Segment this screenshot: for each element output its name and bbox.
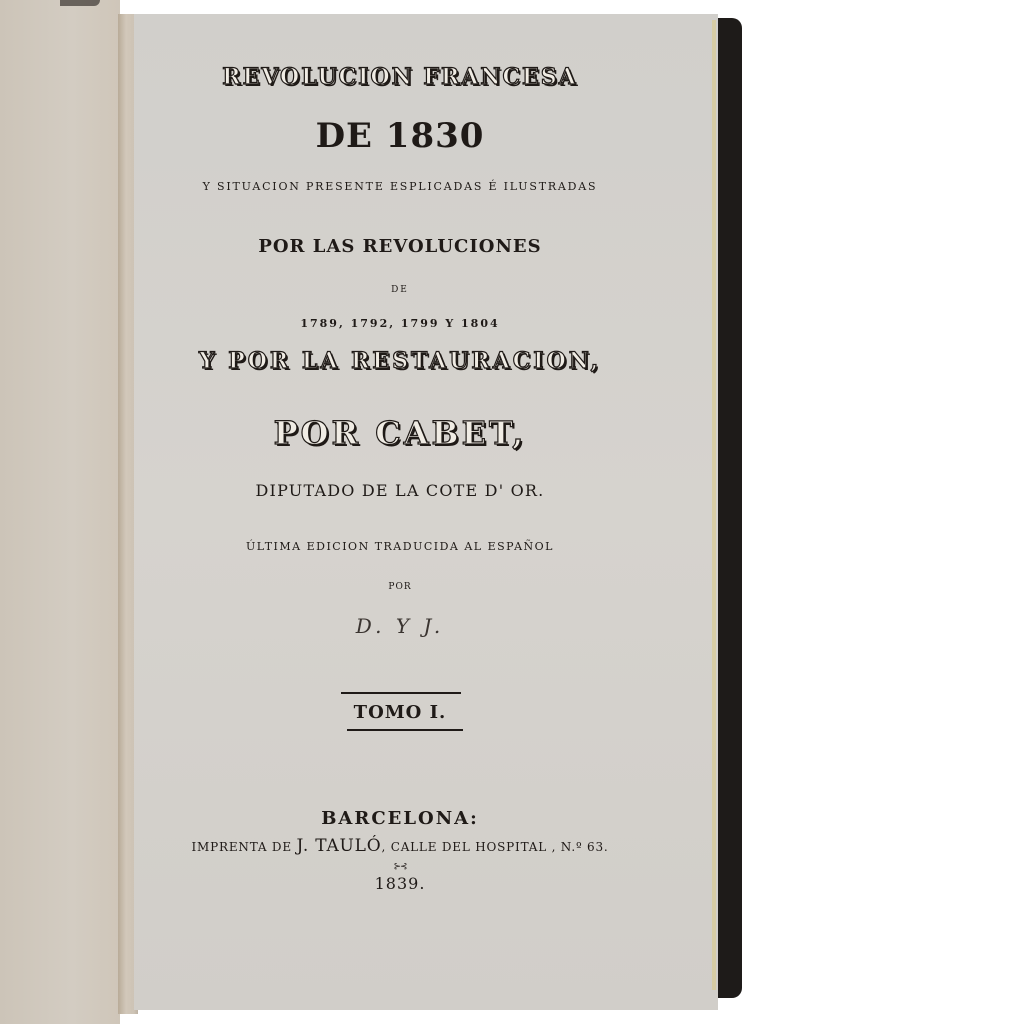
restoration-line: Y POR LA RESTAURACION, (134, 348, 666, 374)
rule-below-volume (347, 729, 463, 731)
revolution-years: 1789, 1792, 1799 Y 1804 (134, 317, 666, 330)
printer-name: J. TAULÓ (297, 836, 382, 856)
volume-label: TOMO I. (134, 702, 666, 723)
page-gilt-edge (712, 20, 716, 990)
by-revolutions: POR LAS REVOLUCIONES (134, 236, 666, 257)
title-line-1: REVOLUCION FRANCESA (134, 64, 666, 90)
imprint-prefix: IMPRENTA DE (192, 840, 297, 854)
translators: D. Y J. (134, 614, 666, 638)
de-label: DE (134, 285, 666, 295)
edition-note: ÚLTIMA EDICION TRADUCIDA AL ESPAÑOL (134, 540, 666, 553)
rule-above-volume (341, 692, 461, 694)
title-line-2: DE 1830 (134, 116, 666, 156)
publication-year: 1839. (134, 874, 666, 893)
author: POR CABET, (134, 414, 666, 452)
title-page (134, 14, 718, 1010)
page-curl-shadow (60, 0, 100, 6)
left-page (0, 0, 120, 1024)
subtitle: Y SITUACION PRESENTE ESPLICADAS É ILUSTR… (134, 180, 666, 193)
por-label: POR (134, 582, 666, 592)
ornament-icon: ⊱⊰ (134, 862, 666, 872)
author-role: DIPUTADO DE LA COTE D' OR. (134, 481, 666, 500)
imprint: IMPRENTA DE J. TAULÓ, CALLE DEL HOSPITAL… (134, 836, 666, 856)
city: BARCELONA: (134, 808, 666, 829)
imprint-address: , CALLE DEL HOSPITAL , N.º 63. (381, 840, 608, 854)
